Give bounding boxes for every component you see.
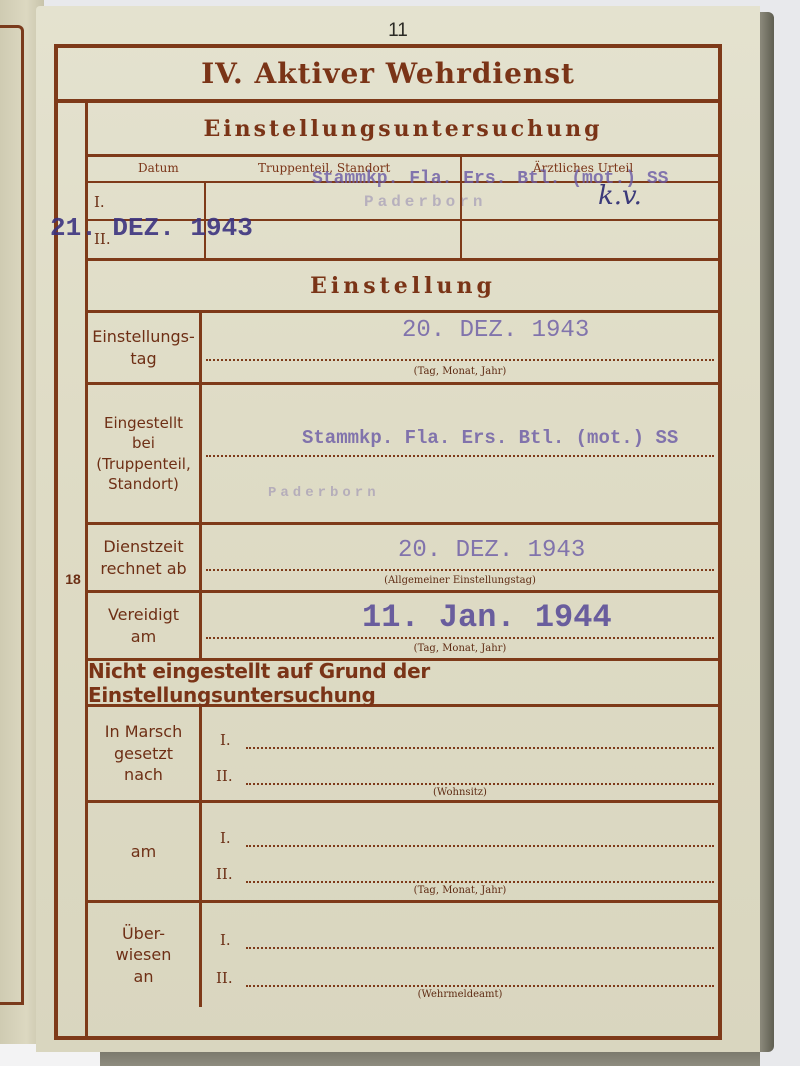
date-stamp: 21. DEZ. 1943 — [50, 213, 253, 243]
row-label: I. — [94, 193, 105, 211]
line-label: II. — [216, 865, 233, 883]
column-header-date: Datum — [138, 161, 179, 175]
field-hint: (Tag, Monat, Jahr) — [202, 366, 718, 377]
date-stamp: 20. DEZ. 1943 — [402, 317, 589, 344]
field-label: Einstellungs- tag — [88, 313, 202, 382]
field-hint: (Wehrmeldeamt) — [202, 989, 718, 1000]
facing-page-border — [0, 25, 24, 1005]
field-value-area: Stammkp. Fla. Ers. Btl. (mot.) SS Paderb… — [202, 385, 718, 522]
field-label: Über- wiesen an — [88, 903, 202, 1007]
field-marched-to: In Marsch gesetzt nach I. II. (Wohnsitz) — [88, 707, 718, 803]
field-hint: (Tag, Monat, Jahr) — [202, 643, 718, 654]
medical-verdict: k.v. — [598, 181, 642, 211]
dotted-line — [206, 569, 714, 571]
line-label: II. — [216, 767, 233, 785]
dotted-line[interactable] — [246, 747, 714, 749]
date-stamp: 11. Jan. 1944 — [362, 599, 612, 636]
section-heading-enlistment: Einstellung — [88, 261, 718, 313]
field-value-area: 20. DEZ. 1943 (Tag, Monat, Jahr) — [202, 313, 718, 382]
field-label: am — [88, 803, 202, 900]
dotted-line — [206, 359, 714, 361]
unit-stamp-place: Paderborn — [364, 193, 486, 211]
dotted-line[interactable] — [246, 845, 714, 847]
field-hint: (Wohnsitz) — [202, 787, 718, 798]
field-marched-on: am I. II. (Tag, Monat, Jahr) — [88, 803, 718, 903]
page-number: 11 — [36, 20, 760, 42]
field-hint: (Tag, Monat, Jahr) — [202, 885, 718, 896]
field-value-area: I. II. (Wohnsitz) — [202, 707, 718, 800]
field-sworn-in: Vereidigt am 11. Jan. 1944 (Tag, Monat, … — [88, 593, 718, 661]
page-title: IV. Aktiver Wehrdienst — [58, 48, 718, 103]
dotted-line[interactable] — [246, 985, 714, 987]
field-label: Eingestellt bei (Truppenteil, Standort) — [88, 385, 202, 522]
dotted-line — [206, 455, 714, 457]
date-stamp: 20. DEZ. 1943 — [398, 537, 585, 564]
examination-table: Datum Truppenteil, Standort Ärztliches U… — [88, 157, 718, 261]
field-service-start: Dienstzeit rechnet ab 20. DEZ. 1943 (All… — [88, 525, 718, 593]
line-label: I. — [220, 731, 231, 749]
dotted-line[interactable] — [246, 947, 714, 949]
form-content: Einstellungsuntersuchung Datum Truppente… — [88, 103, 718, 1036]
field-value-area: I. II. (Wehrmeldeamt) — [202, 903, 718, 1007]
field-value-area: 11. Jan. 1944 (Tag, Monat, Jahr) — [202, 593, 718, 658]
section-heading-not-enlisted: Nicht eingestellt auf Grund der Einstell… — [88, 661, 718, 707]
field-value-area: I. II. (Tag, Monat, Jahr) — [202, 803, 718, 900]
column-divider — [460, 157, 462, 258]
field-enlisted-at: Eingestellt bei (Truppenteil, Standort) … — [88, 385, 718, 525]
form-frame: IV. Aktiver Wehrdienst 18 Einstellungsun… — [54, 44, 722, 1040]
field-enlistment-day: Einstellungs- tag 20. DEZ. 1943 (Tag, Mo… — [88, 313, 718, 385]
field-label: Dienstzeit rechnet ab — [88, 525, 202, 590]
field-hint: (Allgemeiner Einstellungstag) — [202, 575, 718, 586]
unit-stamp: Stammkp. Fla. Ers. Btl. (mot.) SS — [302, 427, 678, 449]
side-number: 18 — [58, 571, 88, 587]
line-label: II. — [216, 969, 233, 987]
line-label: I. — [220, 931, 231, 949]
dotted-line[interactable] — [246, 881, 714, 883]
section-heading-examination: Einstellungsuntersuchung — [88, 103, 718, 157]
field-transferred-to: Über- wiesen an I. II. (Wehrmeldeamt) — [88, 903, 718, 1007]
line-label: I. — [220, 829, 231, 847]
dotted-line — [206, 637, 714, 639]
dotted-line[interactable] — [246, 783, 714, 785]
unit-stamp-place: Paderborn — [268, 485, 380, 501]
field-label: Vereidigt am — [88, 593, 202, 658]
field-value-area: 20. DEZ. 1943 (Allgemeiner Einstellungst… — [202, 525, 718, 590]
document-page: 11 IV. Aktiver Wehrdienst 18 Einstellung… — [36, 6, 760, 1052]
field-label: In Marsch gesetzt nach — [88, 707, 202, 800]
